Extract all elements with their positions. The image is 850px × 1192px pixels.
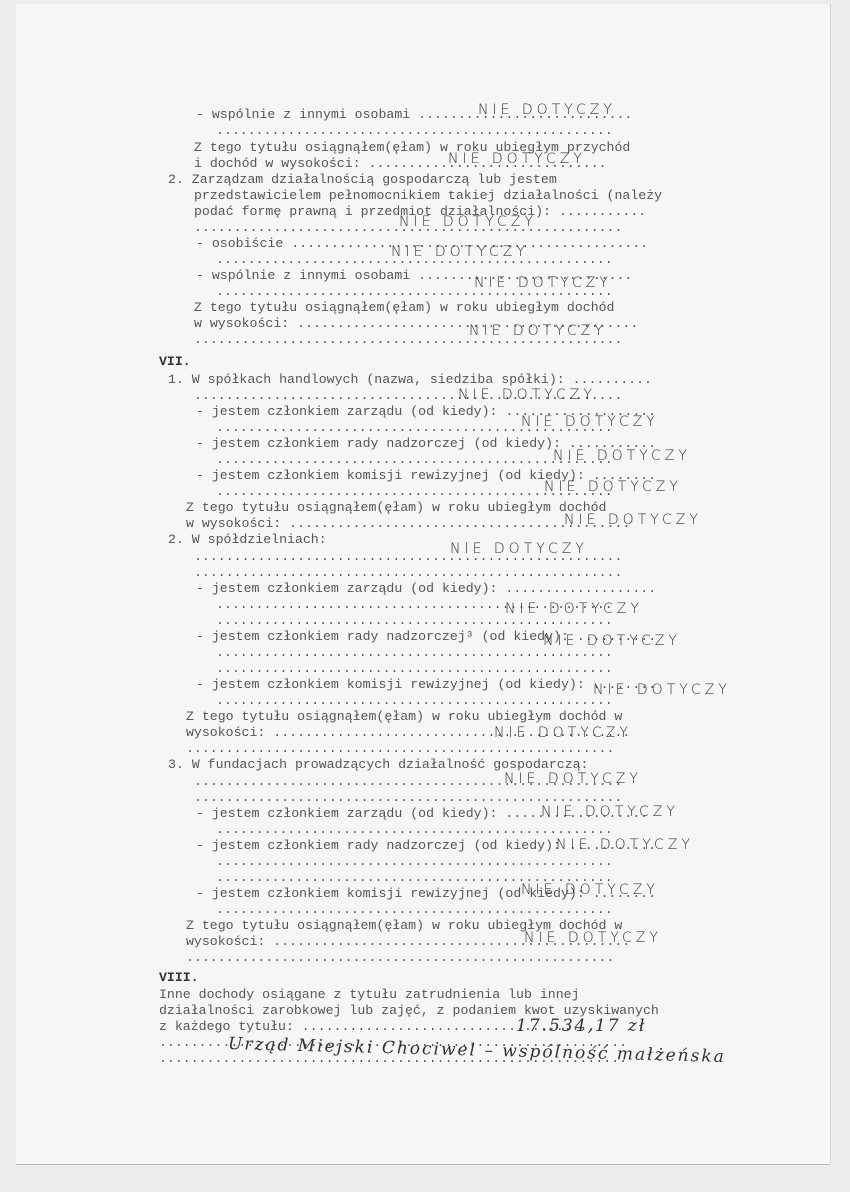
handwritten-entry: NIE DOTYCZY <box>478 102 616 118</box>
text-line: ........................................… <box>216 693 613 709</box>
text-line: 1. W spółkach handlowych (nazwa, siedzib… <box>168 372 652 388</box>
handwritten-amount: 17.534,17 zł <box>516 1018 646 1034</box>
text-line: Inne dochody osiągane z tytułu zatrudnie… <box>159 987 580 1003</box>
handwritten-entry: NIE DOTYCZY <box>521 882 659 898</box>
text-line: 2. W spółdzielniach: <box>168 532 327 548</box>
handwritten-entry: NIE DOTYCZY <box>553 448 691 464</box>
handwritten-entry: NIE DOTYCZY <box>505 601 643 617</box>
text-line: ........................................… <box>216 822 613 838</box>
handwritten-entry: NIE DOTYCZY <box>399 214 537 230</box>
handwritten-entry: NIE DOTYCZY <box>524 930 662 946</box>
text-line: Z tego tytułu osiągnąłem(ęłam) w roku ub… <box>186 500 607 516</box>
handwritten-entry: NIE DOTYCZY <box>521 414 659 430</box>
handwritten-entry: NIE DOTYCZY <box>564 512 702 528</box>
text-line: Z tego tytułu osiągnąłem(ęłam) w roku ub… <box>186 709 622 725</box>
text-line: ........................................… <box>216 123 613 139</box>
text-line: - jestem członkiem komisji rewizyjnej (o… <box>196 677 656 693</box>
text-line: Z tego tytułu osiągnąłem(ęłam) w roku ub… <box>194 300 615 316</box>
text-line: ........................................… <box>186 950 614 966</box>
handwritten-entry: NIE DOTYCZY <box>556 837 694 853</box>
handwritten-entry: NIE DOTYCZY <box>474 275 612 291</box>
text-line: ........................................… <box>216 854 613 870</box>
handwritten-entry: NIE DOTYCZY <box>541 804 679 820</box>
section-heading-vii: VII. <box>159 354 191 370</box>
text-line: przedstawicielem pełnomocnikiem takiej d… <box>194 188 662 204</box>
handwritten-entry: NIE DOTYCZY <box>469 323 607 339</box>
handwritten-entry: NIE DOTYCZY <box>544 479 682 495</box>
text-line: ........................................… <box>216 902 613 918</box>
text-line: ........................................… <box>216 661 613 677</box>
scanned-page: - wspólnie z innymi osobami ............… <box>16 4 830 1164</box>
handwritten-entry: NIE DOTYCZY <box>494 725 632 741</box>
text-line: - jestem członkiem zarządu (od kiedy): .… <box>196 581 656 597</box>
handwritten-entry: NIE DOTYCZY <box>593 682 731 698</box>
handwritten-entry: NIE DOTYCZY <box>504 771 642 787</box>
handwritten-entry: NIE DOTYCZY <box>450 541 588 557</box>
text-line: ........................................… <box>186 741 614 757</box>
section-heading-viii: VIII. <box>159 970 199 986</box>
text-line: ........................................… <box>194 565 622 581</box>
handwritten-entry: NIE DOTYCZY <box>458 387 596 403</box>
handwritten-entry: NIE DOTYCZY <box>391 244 529 260</box>
text-line: 2. Zarządzam działalnością gospodarczą l… <box>168 172 557 188</box>
handwritten-entry: NIE DOTYCZY <box>543 633 681 649</box>
handwritten-entry: NIE DOTYCZY <box>448 151 586 167</box>
